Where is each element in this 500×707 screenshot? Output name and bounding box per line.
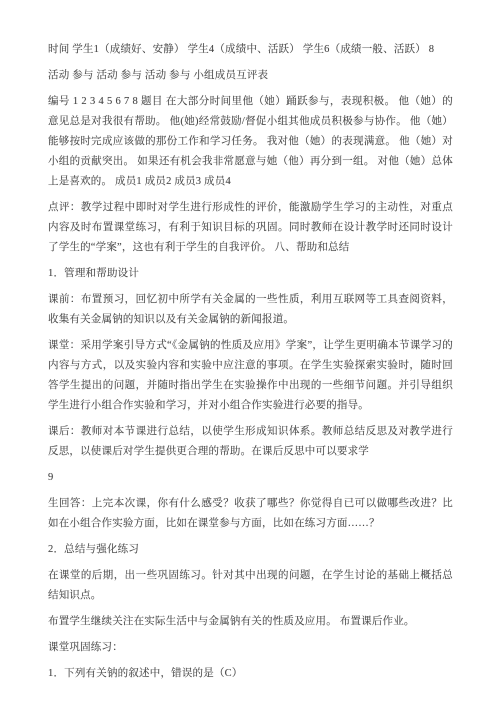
peer-evaluation-table-text: 编号 1 2 3 4 5 6 7 8 题目 在大部分时间里他（她）踊跃参与，表现… bbox=[48, 92, 453, 192]
document-page: 时间 学生1（成绩好、安静） 学生4（成绩中、活跃） 学生6（成绩一般、活跃） … bbox=[0, 0, 500, 707]
heading-management-help-design: 1．管理和帮助设计 bbox=[48, 264, 453, 284]
heading-summary-practice: 2．总结与强化练习 bbox=[48, 540, 453, 560]
homework-paragraph: 布置学生继续关注在实际生活中与金属钠有关的性质及应用。 布置课后作业。 bbox=[48, 612, 453, 632]
practice-question-1: 1．下列有关钠的叙述中，错误的是（C） bbox=[48, 664, 453, 684]
student-time-row: 时间 学生1（成绩好、安静） 学生4（成绩中、活跃） 学生6（成绩一般、活跃） … bbox=[48, 40, 453, 60]
comment-paragraph: 点评：教学过程中即时对学生进行形成性的评价，能激励学生学习的主动性，对重点内容及… bbox=[48, 198, 453, 258]
in-class-paragraph: 课堂：采用学案引导方式“《金属钠的性质及应用》学案”，让学生更明确本节课学习的内… bbox=[48, 336, 453, 416]
page-number: 9 bbox=[48, 468, 453, 488]
consolidation-paragraph: 在课堂的后期，出一些巩固练习。针对其中出现的问题，在学生讨论的基础上概括总结知识… bbox=[48, 566, 453, 606]
post-class-paragraph: 课后：教师对本节课进行总结，以使学生形成知识体系。教师总结反思及对教学进行反思，… bbox=[48, 422, 453, 462]
student-answer-paragraph: 生回答：上完本次课，你有什么感受？收获了哪些？你觉得自已可以做哪些改进？比如在小… bbox=[48, 494, 453, 534]
classroom-practice-label: 课堂巩固练习： bbox=[48, 638, 453, 658]
activity-participation-row: 活动 参与 活动 参与 活动 参与 小组成员互评表 bbox=[48, 66, 453, 86]
pre-class-paragraph: 课前：布置预习，回忆初中所学有关金属的一些性质，利用互联网等工具查阅资料，收集有… bbox=[48, 290, 453, 330]
